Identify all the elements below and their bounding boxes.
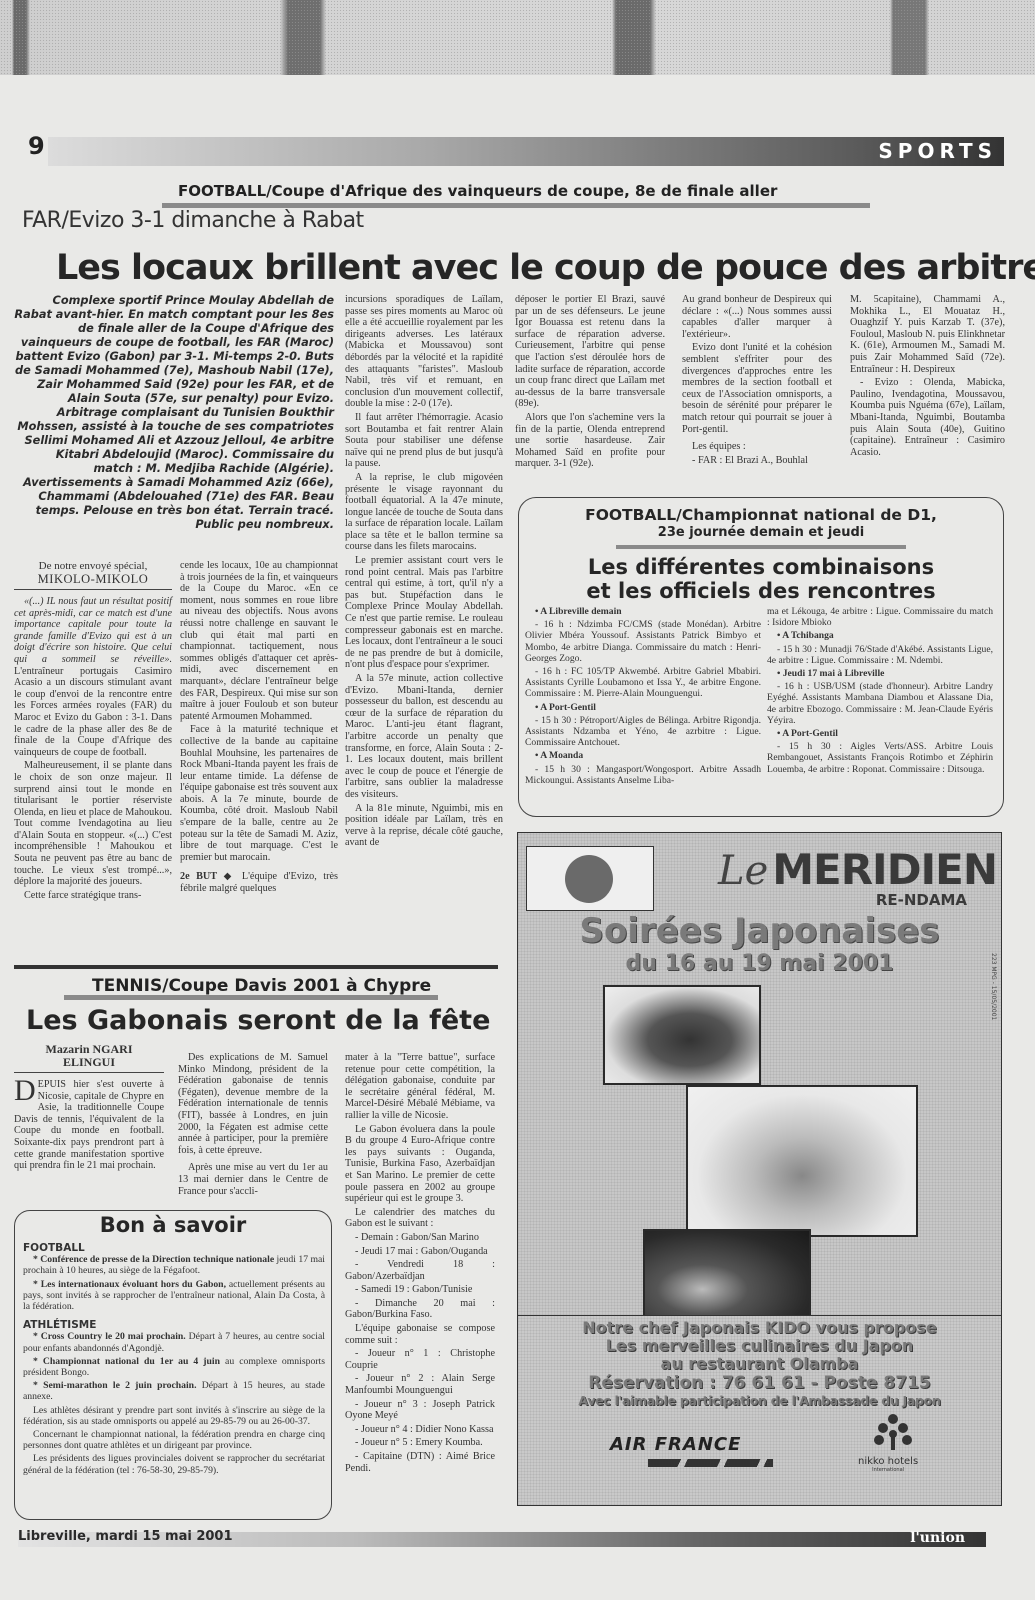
article2-headline: Les différentes combinaisons et les offi…	[519, 555, 1003, 603]
box-section-heading: FOOTBALL	[23, 1243, 325, 1254]
fixture-heading: • Jeudi 17 mai à Libreville	[767, 668, 993, 679]
ad-title: Soirées Japonaises	[518, 911, 1001, 951]
fixture-heading: • A Moanda	[525, 750, 761, 761]
fixture-body: ma et Lékouga, 4e arbitre : Ligue. Commi…	[767, 606, 993, 628]
japan-flag	[526, 846, 654, 911]
box-section-heading: ATHLÉTISME	[23, 1320, 325, 1331]
fixture-heading: • A Libreville demain	[525, 606, 761, 617]
section-label: SPORTS	[878, 139, 997, 163]
paragraph: - Evizo : Olenda, Mabicka, Paulino, Iven…	[850, 377, 1005, 458]
item-lead: * Championnat national du 1er au 4 juin	[33, 1356, 220, 1367]
item-lead: * Les internationaux évoluant hors du Ga…	[33, 1279, 226, 1290]
article1-col6: M. 5capitaine), Chammami A., Mokhika L.,…	[850, 294, 1005, 460]
article1-col2: cende les locaux, 10e au championnat à t…	[180, 560, 338, 897]
item-lead: * Cross Country le 20 mai prochain.	[33, 1331, 186, 1342]
article3-kicker: TENNIS/Coupe Davis 2001 à Chypre	[92, 976, 431, 996]
food-photo-1	[603, 985, 761, 1085]
paragraph: Face à la maturité technique et collecti…	[180, 724, 338, 863]
page-number: 9	[28, 132, 45, 160]
article1-col1: De notre envoyé spécial, MIKOLO-MIKOLO «…	[14, 560, 172, 903]
byline-rule	[14, 589, 172, 590]
meridien-advertisement: Le MERIDIEN RE-NDAMA Soirées Japonaises …	[517, 832, 1002, 1316]
paragraph: - FAR : El Brazi A., Bouhlal	[682, 455, 832, 467]
fixture-body: - 16 h : Ndzimba FC/CMS (stade Monédan).…	[525, 619, 761, 664]
paragraph: Il faut arrêter l'hémorragie. Acasio sor…	[345, 412, 503, 470]
brand-name: MERIDIEN	[772, 845, 997, 894]
player-item: - Joueur n° 1 : Christophe Couprie	[345, 1348, 495, 1371]
fixture-body: - 15 h 30 : Pétroport/Aigles de Bélinga.…	[525, 715, 761, 749]
item-lead: * Semi-marathon le 2 juin prochain.	[33, 1380, 197, 1391]
article1-chapeau: Complexe sportif Prince Moulay Abdellah …	[14, 294, 334, 532]
kicker-line: FOOTBALL/Championnat national de D1,	[519, 506, 1003, 524]
section-divider	[14, 965, 498, 969]
fixture-body: - 15 h 30 : Aigles Verts/ASS. Arbitre Lo…	[767, 741, 993, 775]
fixture-body: - 16 h : USB/USM (stade d'honneur). Arbi…	[767, 681, 993, 726]
paragraph: Au grand bonheur de Despireux qui déclar…	[682, 294, 832, 340]
ad-brand: Le MERIDIEN	[718, 845, 997, 894]
scan-edge	[0, 0, 1035, 75]
ad-line: Notre chef Japonais KIDO vous propose	[518, 1319, 1001, 1337]
paragraph: déposer le portier El Brazi, sauvé par u…	[515, 294, 665, 410]
schedule-item: - Samedi 19 : Gabon/Tunisie	[345, 1284, 495, 1296]
player-item: - Joueur n° 2 : Alain Serge Manfoumbi Mo…	[345, 1373, 495, 1396]
item-text: Les présidents des ligues provinciales d…	[23, 1453, 325, 1475]
paragraph: mater à la "Terre battue", surface reten…	[345, 1052, 495, 1122]
fixture-heading: • A Port-Gentil	[767, 728, 993, 739]
paragraph: Cette farce stratégique trans-	[14, 890, 172, 902]
food-photo-2	[686, 1085, 918, 1237]
article2-kicker: FOOTBALL/Championnat national de D1, 23e…	[519, 506, 1003, 542]
paragraph: Après une mise au vert du 1er au 13 mai …	[178, 1162, 328, 1197]
paragraph: A la 57e minute, action collective d'Evi…	[345, 673, 503, 801]
fixtures-left: • A Libreville demain - 16 h : Ndzimba F…	[525, 606, 761, 788]
food-photo-3	[643, 1229, 811, 1316]
nikko-logo: nikko hotels International	[858, 1456, 918, 1473]
schedule-item: - Dimanche 20 mai : Gabon/Burkina Faso.	[345, 1298, 495, 1321]
schedule-item: - Vendredi 18 : Gabon/Azerbaïdjan	[345, 1259, 495, 1282]
brand-sub: RE-NDAMA	[876, 891, 967, 909]
article3-col2: Des explications de M. Samuel Minko Mind…	[178, 1052, 328, 1199]
paragraph: Alors que l'on s'achemine vers la fin de…	[515, 412, 665, 470]
nikko-sub: International	[858, 1467, 918, 1473]
dropcap: D	[14, 1079, 36, 1103]
ad-line: Les merveilles culinaires du Japon	[518, 1337, 1001, 1355]
paragraph: Le Gabon évoluera dans la poule B du gro…	[345, 1124, 495, 1205]
ad-copy: Notre chef Japonais KIDO vous propose Le…	[518, 1319, 1001, 1409]
paragraph: L'équipe gabonaise se compose comme suit…	[345, 1323, 495, 1346]
fixture-body: - 16 h : FC 105/TP Akwembé. Arbitre Gabr…	[525, 666, 761, 700]
kicker-rule	[64, 995, 438, 1000]
kicker-line: 23e journée demain et jeudi	[519, 524, 1003, 542]
ad-line: au restaurant Olamba	[518, 1355, 1001, 1373]
player-item: - Capitaine (DTN) : Aimé Brice Pendi.	[345, 1451, 495, 1474]
box-title: Bon à savoir	[15, 1213, 331, 1237]
paragraph: Le premier assistant court vers le rond …	[345, 555, 503, 671]
brand-script: Le	[718, 848, 768, 894]
paragraph: Des explications de M. Samuel Minko Mind…	[178, 1052, 328, 1156]
paragraph: Malheureusement, il se plante dans le ch…	[14, 760, 172, 888]
fixture-body: - 15 h 30 : Munadji 76/Stade d'Akébé. As…	[767, 644, 993, 666]
ad-line: Avec l'aimable participation de l'Ambass…	[518, 1393, 1001, 1409]
schedule-item: - Jeudi 17 mai : Gabon/Ouganda	[345, 1246, 495, 1258]
paragraph: EPUIS hier s'est ouverte à Nicosie, capi…	[14, 1079, 164, 1171]
article1-col3: incursions sporadiques de Laïlam, passe …	[345, 294, 503, 851]
paragraph: Evizo dont l'unité et la cohésion semble…	[682, 342, 832, 435]
paragraph: M. 5capitaine), Chammami A., Mokhika L.,…	[850, 294, 1005, 375]
d1-championship-box: FOOTBALL/Championnat national de D1, 23e…	[518, 497, 1004, 817]
footer-dateline: Libreville, mardi 15 mai 2001	[18, 1529, 233, 1544]
fixture-body: - 15 h 30 : Mangasport/Wongosport. Arbit…	[525, 764, 761, 786]
byline-name: MIKOLO-MIKOLO	[14, 573, 172, 586]
nikko-flower-icon	[873, 1412, 913, 1452]
article3-headline: Les Gabonais seront de la fête	[26, 1005, 490, 1036]
flag-sun	[565, 855, 613, 903]
article3-col3: mater à la "Terre battue", surface reten…	[345, 1052, 495, 1476]
paragraph: Les équipes :	[682, 441, 832, 453]
fixture-heading: • A Port-Gentil	[525, 702, 761, 713]
article1-col4: déposer le portier El Brazi, sauvé par u…	[515, 294, 665, 472]
article1-headline: Les locaux brillent avec le coup de pouc…	[56, 248, 1035, 288]
nikko-name: nikko hotels	[858, 1456, 918, 1467]
newspaper-logo: l'union	[910, 1530, 965, 1546]
ad-side-text: 223 MPG - 15/05/2001	[990, 953, 997, 1020]
air-france-stripes-icon	[648, 1459, 773, 1467]
ad-reservation: Réservation : 76 61 61 - Poste 8715	[518, 1373, 1001, 1393]
diamond-icon: ◆	[224, 871, 236, 882]
header-band	[48, 137, 1004, 166]
item-lead: * Conférence de presse de la Direction t…	[33, 1254, 274, 1265]
item-text: Les athlètes désirant y prendre part son…	[23, 1405, 325, 1427]
paragraph: cende les locaux, 10e au championnat à t…	[180, 560, 338, 722]
byline: De notre envoyé spécial, MIKOLO-MIKOLO	[14, 560, 172, 586]
paragraph: incursions sporadiques de Laïlam, passe …	[345, 294, 503, 410]
ad-bottom: Notre chef Japonais KIDO vous propose Le…	[517, 1316, 1002, 1506]
ad-dates: du 16 au 19 mai 2001	[518, 951, 1001, 976]
kicker-rule	[616, 545, 906, 549]
article1-subhead: FAR/Evizo 3-1 dimanche à Rabat	[22, 208, 364, 233]
paragraph: L'entraîneur portugais Casimiro Acasio a…	[14, 666, 172, 758]
article1-col5: Au grand bonheur de Despireux qui déclar…	[682, 294, 832, 468]
paragraph: A la 81e minute, Nguimbi, mis en positio…	[345, 803, 503, 849]
box-content: FOOTBALL * Conférence de presse de la Di…	[23, 1243, 325, 1478]
paragraph: Le calendrier des matches du Gabon est l…	[345, 1207, 495, 1230]
article3-col1: Mazarin NGARI ELINGUI DEPUIS hier s'est …	[14, 1043, 164, 1174]
fixtures-right: ma et Lékouga, 4e arbitre : Ligue. Commi…	[767, 606, 993, 777]
bon-a-savoir-box: Bon à savoir FOOTBALL * Conférence de pr…	[14, 1210, 332, 1520]
air-france-logo: AIR FRANCE	[610, 1434, 741, 1455]
paragraph: A la reprise, le club migovéen présente …	[345, 472, 503, 553]
paragraph: «(...) IL nous faut un résultat positif …	[14, 596, 172, 665]
byline: Mazarin NGARI ELINGUI	[14, 1043, 164, 1069]
fixture-heading: • A Tchibanga	[767, 630, 993, 641]
player-item: - Joueur n° 5 : Emery Koumba.	[345, 1437, 495, 1449]
byline-rule	[14, 1072, 164, 1073]
headline-line: et les officiels des rencontres	[519, 579, 1003, 603]
headline-line: Les différentes combinaisons	[519, 555, 1003, 579]
inline-subhead: 2e BUT	[180, 871, 217, 882]
schedule-item: - Demain : Gabon/San Marino	[345, 1232, 495, 1244]
article1-kicker: FOOTBALL/Coupe d'Afrique des vainqueurs …	[178, 182, 777, 200]
player-item: - Joueur n° 4 : Didier Nono Kassa	[345, 1424, 495, 1436]
item-text: Concernant le championnat national, la f…	[23, 1429, 325, 1451]
player-item: - Joueur n° 3 : Joseph Patrick Oyone Mey…	[345, 1399, 495, 1422]
byline-name: ELINGUI	[14, 1056, 164, 1069]
